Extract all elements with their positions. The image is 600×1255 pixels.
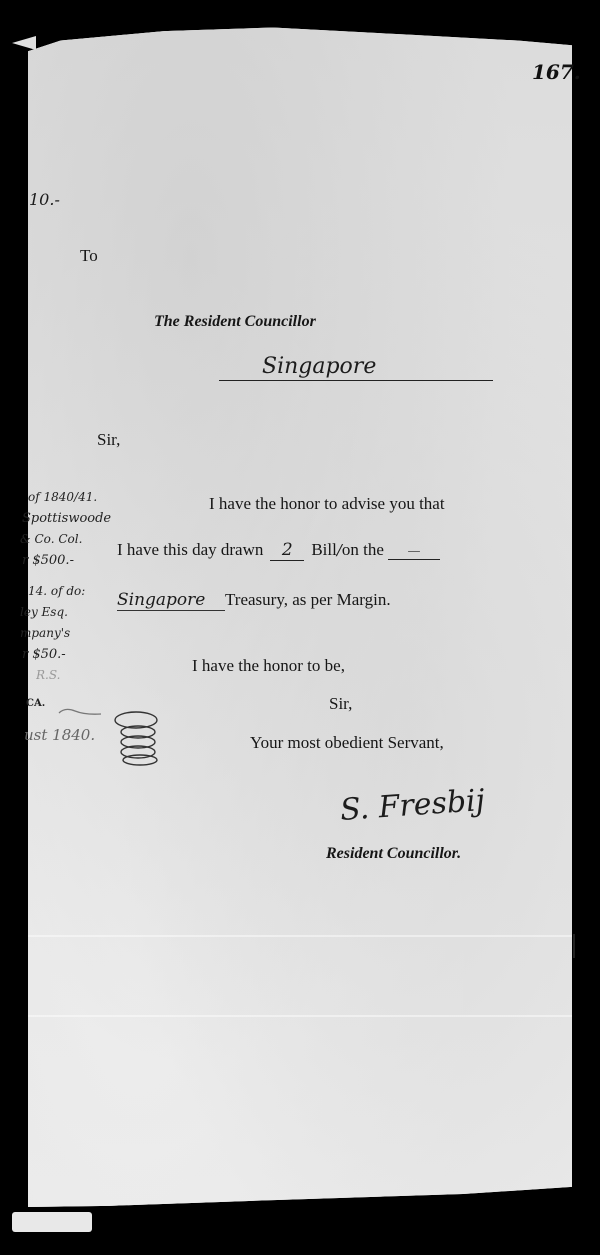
fold-line (28, 1015, 572, 1017)
closing-line-3: Your most obedient Servant, (250, 733, 444, 753)
addressee-title: The Resident Councillor (154, 313, 316, 331)
coil-flourish-icon (110, 710, 162, 766)
body-line-2-mid: Bill (311, 540, 337, 559)
treasury-place: Singapore (117, 590, 225, 611)
body-line-2: I have this day drawn 2 Bill/on the — (117, 540, 440, 561)
greeting: Sir, (97, 430, 120, 450)
addressee-place: Singapore (262, 354, 376, 379)
margin-note-line: 14. of do: (28, 584, 130, 605)
closing-line-2: Sir, (329, 694, 352, 714)
paper-bottom-tab (12, 1212, 92, 1232)
paper-corner-tab (12, 36, 36, 50)
body-line-3-suffix: Treasury, as per Margin. (225, 590, 391, 609)
body-line-1: I have the honor to advise you that (209, 494, 445, 514)
body-line-2-suffix: on the (342, 540, 384, 559)
salutation-to: To (80, 246, 98, 266)
blank-field: — (388, 544, 440, 560)
closing-line-1: I have the honor to be, (192, 656, 345, 676)
margin-note-line: r $50.- (22, 647, 130, 668)
edge-mark (573, 934, 575, 958)
margin-note-line: ley Esq. (20, 605, 130, 626)
addressee-underline (219, 380, 493, 381)
fold-line (28, 935, 572, 937)
bill-count: 2 (270, 540, 304, 561)
margin-note-line: & Co. Col. (20, 532, 130, 553)
margin-note-line: R.S. (36, 668, 130, 698)
margin-fragment: 10.- (29, 190, 60, 209)
body-line-2-prefix: I have this day drawn (117, 540, 263, 559)
signature-title: Resident Councillor. (326, 845, 461, 863)
margin-note-line: Spottiswoode (22, 511, 130, 532)
margin-note-line: r $500.- (22, 553, 130, 584)
margin-note-line: of 1840/41. (28, 490, 130, 511)
margin-note-line: mpany's (20, 626, 130, 647)
flourish-dash-icon (55, 705, 105, 719)
body-line-3: SingaporeTreasury, as per Margin. (117, 590, 391, 611)
page-number: 167. (532, 60, 581, 84)
